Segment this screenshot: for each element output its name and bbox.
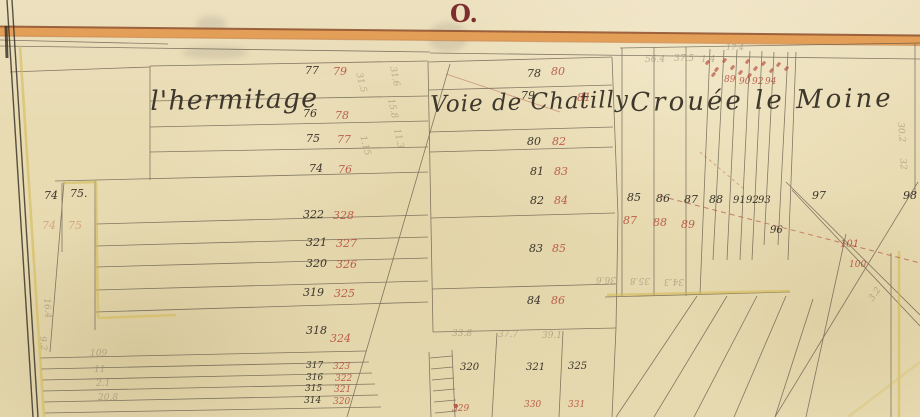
parcel-boundaries	[0, 40, 920, 417]
yellow-boundaries	[20, 46, 920, 417]
cadastral-map: O. l'hermitageVoie de ChatillyCrouée le …	[0, 0, 920, 417]
road-band	[0, 27, 920, 45]
map-linework	[0, 0, 920, 417]
map-orientation-mark: O.	[450, 2, 478, 26]
red-survey-lines	[446, 74, 920, 408]
